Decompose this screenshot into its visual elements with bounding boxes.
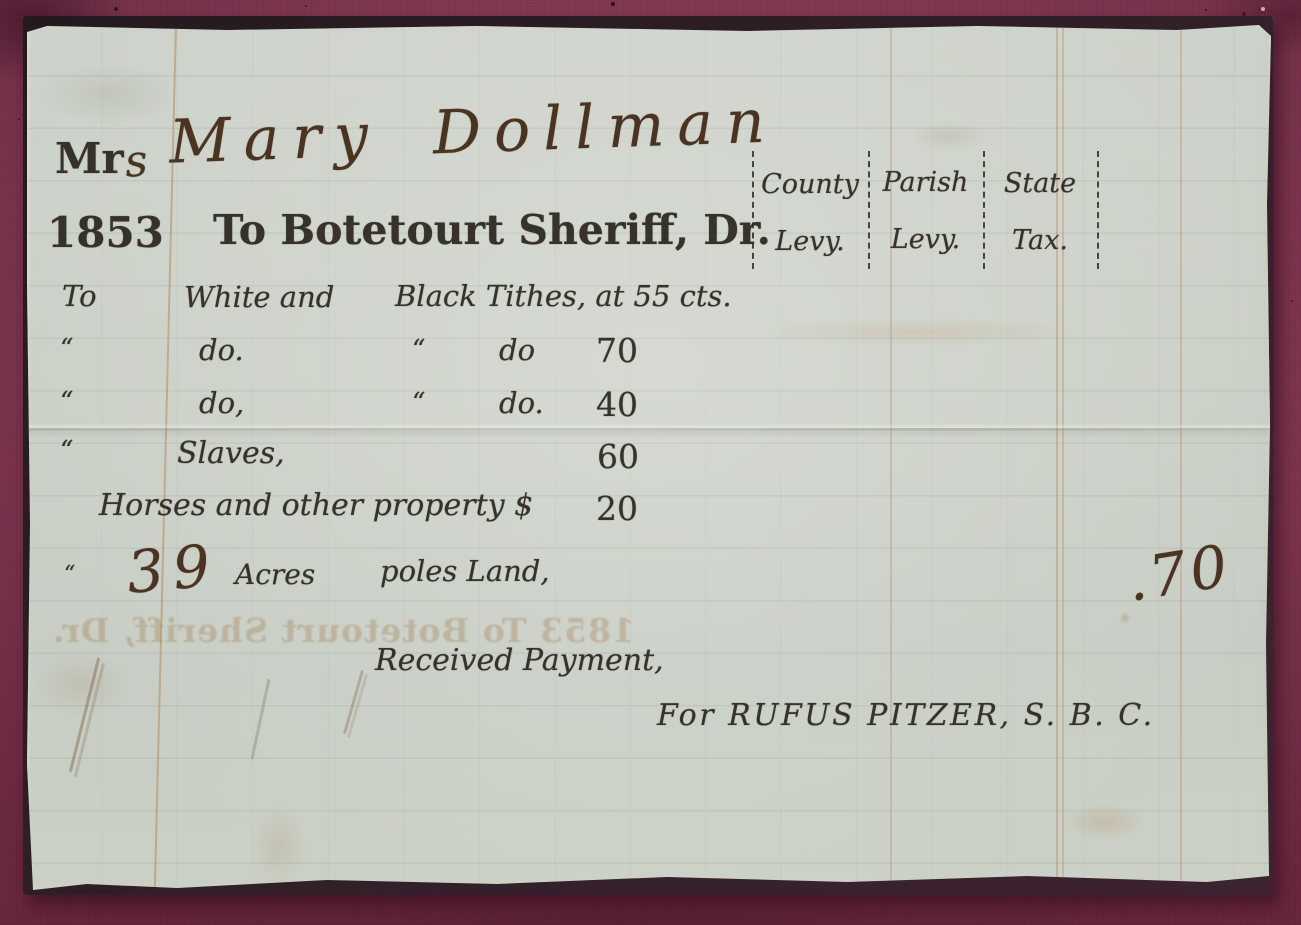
ink-showthrough-stroke xyxy=(69,657,100,772)
ink-showthrough-stroke xyxy=(343,670,364,734)
column-header-state-bottom: Tax. xyxy=(983,227,1097,254)
line-cell: Horses and other property $ xyxy=(99,491,533,521)
ruled-line-right-3 xyxy=(1180,24,1182,895)
ditto-mark: “ xyxy=(60,438,73,464)
column-header-state-top: State xyxy=(983,170,1097,197)
amount-value: 60 xyxy=(590,440,646,473)
salutation-handwritten: s xyxy=(123,139,149,184)
column-header-county-bottom: Levy. xyxy=(752,228,868,255)
column-header-parish: Parish Levy. xyxy=(868,24,983,895)
document-title: To Botetourt Sheriff, Dr. xyxy=(213,210,771,251)
signature-line: For RUFUS PITZER, S. B. C. xyxy=(657,701,1155,731)
total-amount-handwritten: .70 xyxy=(1123,536,1235,610)
ditto-mark: “ xyxy=(60,389,73,415)
column-header-state: State Tax. xyxy=(983,24,1097,895)
acres-label: Acres xyxy=(235,561,315,589)
salutation-printed: Mr xyxy=(55,138,124,180)
acres-value-handwritten: 39 xyxy=(125,536,222,602)
line-cell: do, xyxy=(199,389,244,418)
ditto-mark: “ xyxy=(412,390,425,416)
received-payment-label: Received Payment, xyxy=(375,646,664,676)
column-header-county-top: County xyxy=(752,171,868,198)
ditto-mark: “ xyxy=(412,337,425,363)
year-label: 1853 xyxy=(47,212,164,254)
amount-value: 70 xyxy=(589,334,645,367)
poles-land-label: poles Land, xyxy=(380,557,550,586)
line-cell: do. xyxy=(199,336,244,365)
column-header-parish-top: Parish xyxy=(868,169,983,196)
amount-value: 20 xyxy=(589,492,645,525)
line-cell: Black Tithes, at 55 cts. xyxy=(395,282,732,311)
line-cell: Slaves, xyxy=(177,439,285,469)
addressee-name-handwritten: Mary Dollman xyxy=(168,91,779,172)
amount-value: 40 xyxy=(589,388,645,421)
line-cell: To xyxy=(62,282,97,311)
column-header-parish-bottom: Levy. xyxy=(868,226,983,253)
line-cell: do. xyxy=(499,389,544,418)
column-separator xyxy=(1097,151,1099,269)
ditto-mark: “ xyxy=(60,336,73,362)
line-cell: White and xyxy=(184,283,334,312)
line-cell: do xyxy=(499,336,535,365)
ink-showthrough-stroke xyxy=(251,679,271,760)
ditto-mark: “ xyxy=(64,564,75,586)
column-header-county: County Levy. xyxy=(752,24,868,895)
mat-specks xyxy=(0,0,2,2)
receipt-paper: 1853 To Botetourt Sheriff, Dr. Mr s Mary… xyxy=(27,24,1271,895)
